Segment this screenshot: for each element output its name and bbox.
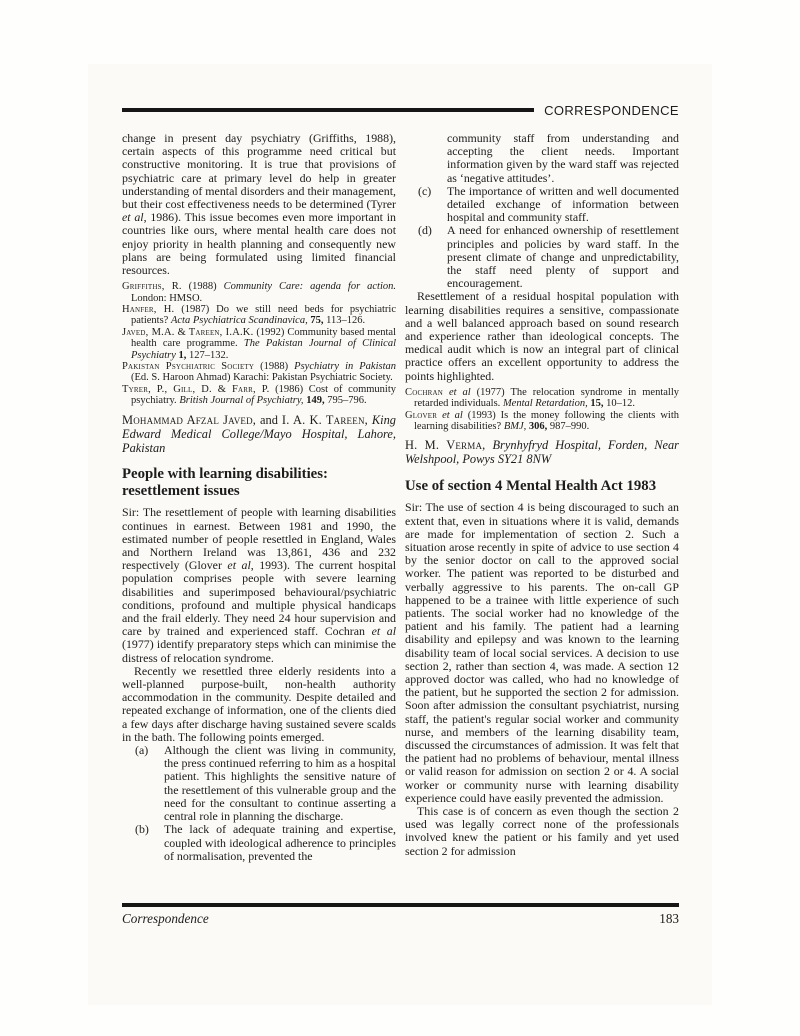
letter1-body-continuation: change in present day psychiatry (Griffi… (122, 132, 396, 277)
text-segment: and (256, 413, 282, 427)
text-segment: 795–796. (325, 395, 367, 406)
text-segment: 10–12. (603, 398, 635, 409)
text-segment: Resettlement of a residual hospital popu… (405, 289, 679, 382)
text-segment: Cochran (405, 387, 443, 398)
reference-glover: Glover et al (1993) Is the money followi… (405, 410, 679, 433)
letter3-paragraph-1: Sir: The use of section 4 is being disco… (405, 501, 679, 805)
column-left: change in present day psychiatry (Griffi… (122, 132, 396, 906)
letter3-paragraph-2: This case is of concern as even though t… (405, 805, 679, 858)
text-segment: Community Care: agenda for action. (224, 281, 396, 292)
text-segment: BMJ, (504, 421, 526, 432)
text-segment: et al (227, 558, 250, 572)
text-segment: (1977) identify preparatory steps which … (122, 637, 396, 664)
text-segment: 127–132. (186, 350, 228, 361)
text-segment: 149, (306, 395, 324, 406)
reference-javed-tareen: Javed, M.A. & Tareen, I.A.K. (1992) Comm… (122, 327, 396, 361)
text-segment: (1988) (182, 281, 224, 292)
text-segment: 987–990. (547, 421, 589, 432)
list-marker: (b) (135, 823, 149, 836)
text-segment: Recently we resettled three elderly resi… (122, 664, 396, 744)
text-segment: The lack of adequate training and expert… (164, 822, 396, 862)
list-marker: (d) (418, 224, 432, 237)
letter1-signature: Mohammad Afzal Javed, and I. A. K. Taree… (122, 414, 396, 456)
text-segment: Mohammad Afzal Javed, (122, 413, 256, 427)
text-segment: Glover (405, 410, 437, 421)
footer-page-number: 183 (659, 911, 679, 927)
text-segment: Sir: The use of section 4 is being disco… (405, 500, 679, 804)
footer-journal-title: Correspondence (122, 911, 209, 927)
text-segment: , 1986). This issue becomes even more im… (122, 210, 396, 277)
text-segment: This case is of concern as even though t… (405, 804, 679, 858)
text-segment: 306, (529, 421, 547, 432)
text-segment: change in present day psychiatry (Griffi… (122, 132, 396, 211)
text-segment: Psychiatry in Pakistan (294, 361, 396, 372)
reference-tyrer: Tyrer, P., Gill, D. & Farr, P. (1986) Co… (122, 384, 396, 407)
letter2-signature: H. M. Verma, Brynhyfryd Hospital, Forden… (405, 439, 679, 467)
text-segment: 15, (590, 398, 603, 409)
text-segment: Acta Psychiatrica Scandinavica, (171, 315, 308, 326)
text-segment: A need for enhanced ownership of resettl… (447, 223, 679, 290)
list-marker: (c) (418, 185, 431, 198)
reference-griffiths: Griffiths, R. (1988) Community Care: age… (122, 281, 396, 304)
footer: Correspondence 183 (122, 911, 679, 927)
letter3-heading: Use of section 4 Mental Health Act 1983 (405, 478, 679, 495)
text-segment: The importance of written and well docum… (447, 184, 679, 224)
reference-cochran: Cochran et al (1977) The relocation synd… (405, 387, 679, 410)
text-segment: (Ed. S. Haroon Ahmad) Karachi: Pakistan … (131, 372, 393, 383)
letter2-paragraph-2: Recently we resettled three elderly resi… (122, 665, 396, 744)
text-segment: et al (449, 387, 471, 398)
text-segment: H. M. Verma, (405, 438, 485, 452)
text-segment: Javed, M.A. (122, 327, 175, 338)
text-segment: 75, (310, 315, 323, 326)
reference-pakistan-psychiatric-society: Pakistan Psychiatric Society (1988) Psyc… (122, 361, 396, 384)
text-segment: Griffiths, R. (122, 281, 182, 292)
text-segment: Tareen, I.A.K. (189, 327, 254, 338)
text-segment: London: HMSO. (131, 293, 202, 304)
letter2-point-b: (b)The lack of adequate training and exp… (122, 823, 396, 863)
text-segment: et al (122, 210, 144, 224)
column-right: community staff from understanding and a… (405, 132, 679, 906)
letter2-point-a: (a)Although the client was living in com… (122, 744, 396, 823)
masthead-rule (122, 108, 534, 112)
text-segment: 113–126. (323, 315, 365, 326)
text-segment: (1988) (254, 361, 294, 372)
section-header-title: CORRESPONDENCE (544, 103, 679, 118)
letter2-point-d: (d)A need for enhanced ownership of rese… (405, 224, 679, 290)
text-segment: et al (372, 624, 396, 638)
text-segment: Although the client was living in commun… (164, 743, 396, 823)
letter2-heading: People with learning disabilities: reset… (122, 466, 396, 500)
letter2-paragraph-3: Resettlement of a residual hospital popu… (405, 290, 679, 382)
list-marker: (a) (135, 744, 148, 757)
text-segment: I. A. K. Tareen, (282, 413, 368, 427)
footer-rule (122, 903, 679, 907)
letter2-paragraph-1: Sir: The resettlement of people with lea… (122, 506, 396, 664)
text-segment: British Journal of Psychiatry, (179, 395, 303, 406)
masthead: CORRESPONDENCE (122, 100, 679, 120)
text-segment: Hanfer, H. (122, 304, 174, 315)
letter2-point-c: (c)The importance of written and well do… (405, 185, 679, 225)
text-segment: Tyrer, P., Gill, D. & Farr, P. (122, 384, 269, 395)
reference-hanfer: Hanfer, H. (1987) Do we still need beds … (122, 304, 396, 327)
text-segment: & (175, 327, 189, 338)
letter2-point-b-continuation: community staff from understanding and a… (405, 132, 679, 185)
text-segment: et al (442, 410, 463, 421)
text-segment: Mental Retardation, (503, 398, 588, 409)
content-columns: change in present day psychiatry (Griffi… (122, 132, 679, 906)
text-segment: Pakistan Psychiatric Society (122, 361, 254, 372)
text-segment: community staff from understanding and a… (447, 132, 679, 185)
